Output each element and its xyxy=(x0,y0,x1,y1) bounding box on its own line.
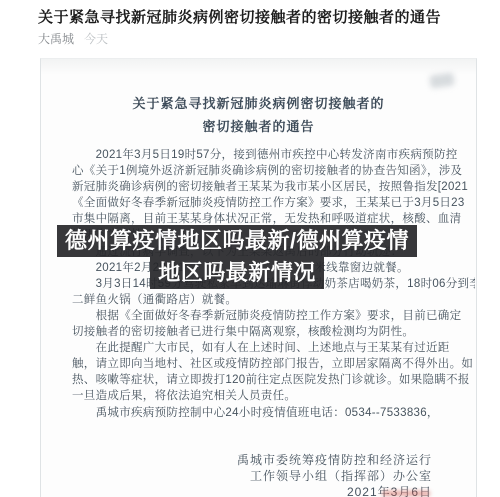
byline-author[interactable]: 大禹城 xyxy=(38,32,74,46)
doc-line: 在此提醒广大市民，如有人在上述时间、上述地点与王某某有过近距 xyxy=(72,340,475,356)
byline: 大禹城今天 xyxy=(38,30,108,47)
doc-line: 触，请立即向当地村、社区或疫情防控部门报告，立即居家隔离不得外出。如 xyxy=(72,356,475,372)
doc-line: 禹城市疾病预防控制中心24小时疫情值班电话：0534--7533836， xyxy=(72,405,475,421)
doc-line: 《全面做好冬春季新冠肺炎疫情防控工作方案》要求，王某某已于3月5日23 xyxy=(72,195,475,211)
doc-title-line1: 关于紧急寻找新冠肺炎病例密切接触者的 xyxy=(41,92,476,115)
doc-line: 心《关于1例境外返济新冠肺炎确诊病例的密切接触者的协查告知函》，涉及 xyxy=(72,163,475,179)
doc-line: 根据《全面做好冬春季新冠肺炎疫情防控工作方案》要求，目前已确定 xyxy=(72,308,475,324)
signature-line: 工作领导小组（指挥部）办公室 xyxy=(237,468,432,484)
doc-line: 2021年2月28日1 米线靠窗边就餐。 xyxy=(72,260,475,276)
byline-time: 今天 xyxy=(84,32,108,46)
article-title: 关于紧急寻找新冠肺炎病例密切接触者的密切接触者的通告 xyxy=(38,6,468,27)
doc-line: 3月3日14时59分驾驶私家车到达瑜琳街悸动奶茶店喝奶茶，18时06分到李 xyxy=(72,276,475,292)
notice-document-image[interactable]: 关于紧急寻找新冠肺炎病例密切接触者的 密切接触者的通告 2021年3月5日19时… xyxy=(40,58,477,497)
red-seal-artifact xyxy=(382,491,430,496)
article-page: 关于紧急寻找新冠肺炎病例密切接触者的密切接触者的通告 大禹城今天 关于紧急寻找新… xyxy=(0,0,500,497)
doc-line: 市集中隔离，目前王某某身体状况正常，无发热和呼吸道症状，核酸、血清 xyxy=(72,211,475,227)
doc-body: 2021年3月5日19时57分，接到德州市疾控中心转发济南市疾病预防控心《关于1… xyxy=(72,147,475,421)
doc-title-line2: 密切接触者的通告 xyxy=(41,115,476,138)
doc-line: 二鲜鱼火锅（通衢路店）就餐。 xyxy=(72,292,475,308)
doc-line: 通过流行病学调查，以下为王某某返禹后的部分行动轨迹： xyxy=(72,244,475,260)
doc-title: 关于紧急寻找新冠肺炎病例密切接触者的 密切接触者的通告 xyxy=(41,92,476,138)
doc-line: 切接触者的密切接触者已进行集中隔离观察，核酸检测均为阴性。 xyxy=(72,324,475,340)
doc-line: 热、咳嗽等症状，请立即拨打120前往定点医院发热门诊就诊。如果隐瞒不报 xyxy=(72,372,475,388)
scan-artifact-icon xyxy=(429,72,455,88)
doc-line: 结果均为阴性。 xyxy=(72,227,475,243)
doc-line: 新冠肺炎确诊病例的密切接触者王某某为我市某小区居民，按照鲁指发[2021 xyxy=(72,179,475,195)
signature-line: 禹城市委统筹疫情防控和经济运行 xyxy=(237,452,432,468)
doc-line: 2021年3月5日19时57分，接到德州市疾控中心转发济南市疾病预防控 xyxy=(72,147,475,163)
doc-line: 一旦造成后果，将依法追究相关人员责任。 xyxy=(72,388,475,404)
